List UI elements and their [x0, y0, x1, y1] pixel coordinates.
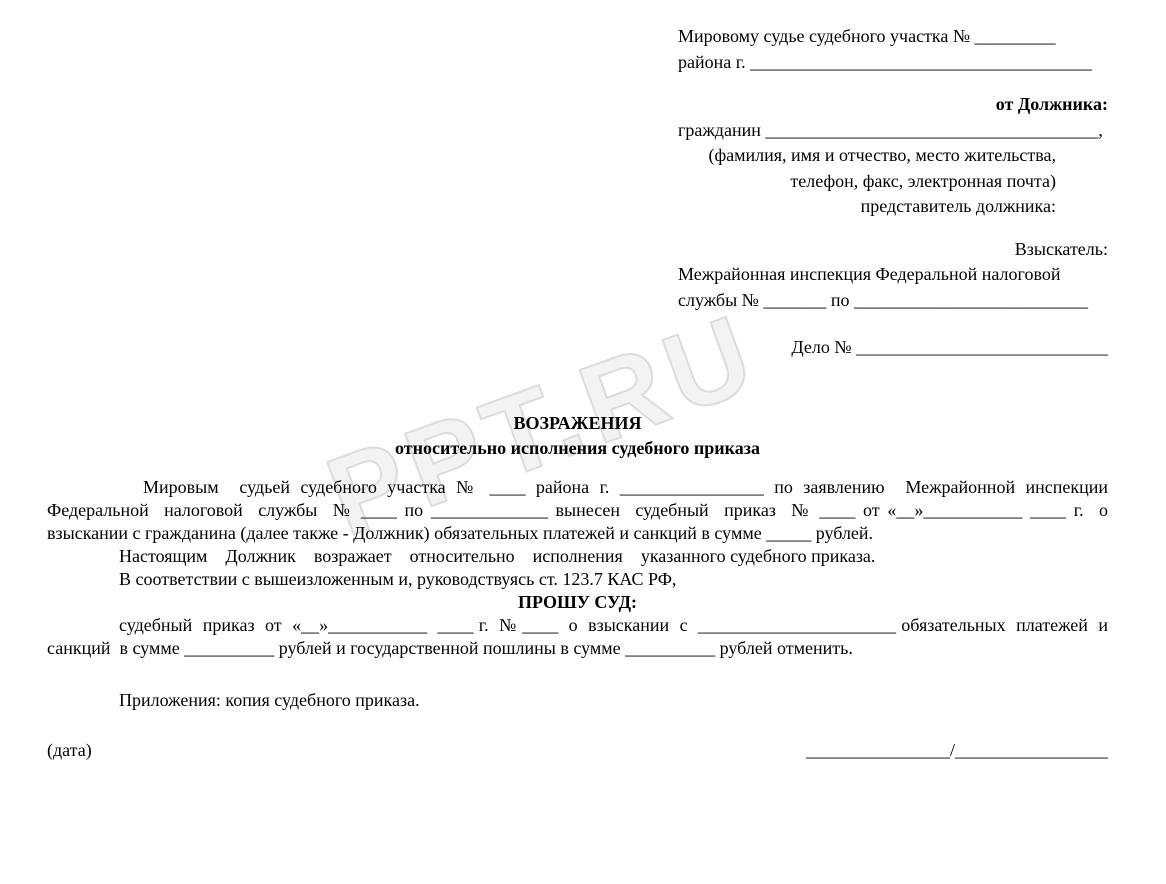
paragraph-request: судебный приказ от «__»___________ ____ …: [47, 614, 1108, 660]
document-content: Мировому судье судебного участка № _____…: [0, 0, 1166, 762]
footer-row: (дата) ________________/________________…: [47, 739, 1108, 762]
attachments-line: Приложения: копия судебного приказа.: [47, 689, 1108, 712]
addressee-block: Мировому судье судебного участка № _____…: [678, 24, 1108, 361]
spacer: [678, 220, 1108, 237]
claimant-line-1: Межрайонная инспекция Федеральной налого…: [678, 262, 1108, 288]
document-title: ВОЗРАЖЕНИЯ: [47, 411, 1108, 437]
court-line-1: Мировому судье судебного участка № _____…: [678, 24, 1108, 50]
paragraph-objection: Настоящим Должник возражает относительно…: [47, 545, 1108, 568]
paragraph-legal-basis: В соответствии с вышеизложенным и, руков…: [47, 568, 1108, 591]
paragraph-facts: Мировым судьей судебного участка № ____ …: [47, 476, 1108, 545]
court-line-2: района г. ______________________________…: [678, 50, 1108, 76]
title-block: ВОЗРАЖЕНИЯ относительно исполнения судеб…: [47, 411, 1108, 462]
citizen-hint-line-2: телефон, факс, электронная почта): [678, 169, 1108, 195]
signature-line: ________________/_________________: [806, 739, 1108, 762]
claimant-label: Взыскатель:: [678, 237, 1108, 263]
citizen-blank-line: гражданин ______________________________…: [678, 118, 1108, 144]
document-subtitle: относительно исполнения судебного приказ…: [47, 436, 1108, 462]
claimant-line-2: службы № _______ по ____________________…: [678, 288, 1108, 314]
spacer: [678, 313, 1108, 335]
document-page: PPT.RU Мировому судье судебного участка …: [0, 0, 1166, 884]
request-heading: ПРОШУ СУД:: [47, 591, 1108, 614]
body-text: Мировым судьей судебного участка № ____ …: [47, 476, 1108, 660]
spacer: [678, 75, 1108, 92]
date-label: (дата): [47, 739, 92, 762]
representative-line: представитель должника:: [678, 194, 1108, 220]
from-debtor-label: от Должника:: [678, 92, 1108, 118]
citizen-hint-line-1: (фамилия, имя и отчество, место жительст…: [678, 143, 1108, 169]
case-number-line: Дело № ____________________________: [678, 335, 1108, 361]
